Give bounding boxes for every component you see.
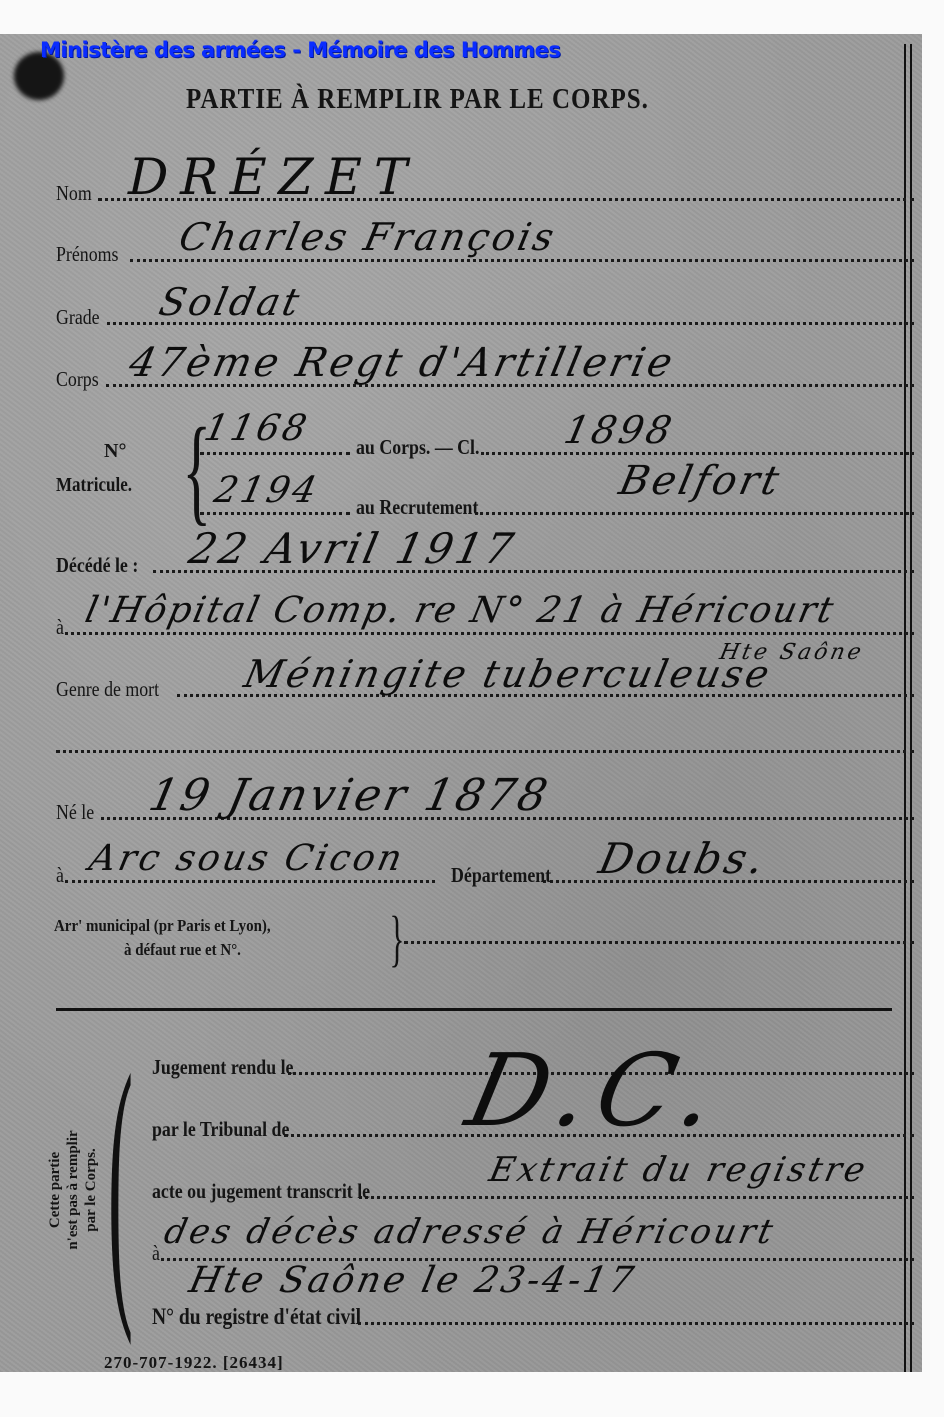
field-value-prenoms: Charles François: [175, 215, 560, 259]
field-label: à: [152, 1241, 160, 1266]
field-value-genre-de-mort: Méningite tuberculeuse: [240, 652, 776, 696]
field-value-recrutement-lieu: Belfort: [615, 458, 786, 504]
field-registre: N° du registre d'état civil: [152, 1300, 914, 1330]
form-footer: 270-707-1922. [26434]: [104, 1353, 284, 1373]
field-value-tribunal: D.C.: [458, 1032, 736, 1149]
field-label-departement: Département: [451, 863, 551, 888]
field-value-corps: 47ème Regt d'Artillerie: [125, 340, 679, 386]
field-label: au Recrutement: [356, 495, 478, 520]
matricule-label: Matricule.: [56, 474, 132, 497]
side-note: Cette partie n'est pas à remplir par le …: [46, 1060, 100, 1320]
field-label: Jugement rendu le: [152, 1055, 293, 1080]
field-label: Corps: [56, 367, 99, 392]
brace: }: [389, 908, 404, 970]
field-label: N° du registre d'état civil: [152, 1304, 361, 1330]
field-label: Décédé le :: [56, 553, 138, 578]
blank-line: [56, 728, 914, 758]
field-label: Nom: [56, 181, 92, 206]
field-value-transcrit-a: des décès adressé à Héricourt: [161, 1212, 779, 1252]
field-label: à: [56, 615, 64, 640]
form-title: PARTIE À REMPLIR PAR LE CORPS.: [186, 84, 649, 116]
field-value-transcrit-a-2: Hte Saône le 23-4-17: [186, 1260, 640, 1301]
side-note-line: Cette partie: [46, 1060, 64, 1320]
side-note-line: par le Corps.: [82, 1060, 100, 1320]
field-value-genre-extra: Hte Saône: [717, 640, 866, 665]
field-label: par le Tribunal de: [152, 1117, 289, 1142]
field-value-transcrit: Extrait du registre: [486, 1150, 872, 1190]
field-value-arrondissement: [404, 935, 914, 944]
brace: (: [108, 1030, 133, 1330]
field-label-arrondissement-2: à défaut rue et N°.: [124, 940, 241, 960]
field-label: Grade: [56, 305, 100, 330]
field-label: Né le: [56, 800, 94, 825]
field-value-ne-le: 19 Janvier 1878: [145, 770, 555, 821]
field-label: Genre de mort: [56, 677, 159, 702]
section-divider: [56, 1008, 892, 1011]
watermark: Ministère des armées - Mémoire des Homme…: [40, 38, 560, 62]
field-value-departement: Doubs.: [595, 834, 771, 883]
field-label: acte ou jugement transcrit le: [152, 1179, 370, 1204]
side-note-line: n'est pas à remplir: [64, 1060, 82, 1320]
field-value-classe: 1898: [560, 408, 678, 452]
field-value-matricule-recrutement: 2194: [211, 470, 323, 511]
field-value-grade: Soldat: [155, 280, 306, 324]
field-label: Prénoms: [56, 242, 118, 267]
field-value-matricule-corps: 1168: [201, 408, 313, 449]
matricule-label-no: N°: [104, 440, 126, 463]
field-label: au Corps. — Cl.: [356, 435, 479, 460]
field-label-arrondissement: Arr' municipal (pr Paris et Lyon),: [54, 916, 271, 936]
field-label: à: [56, 863, 64, 888]
field-value-ne-a: Arc sous Cicon: [86, 838, 409, 879]
field-value-decede-a: l'Hôpital Comp. re N° 21 à Héricourt: [82, 590, 839, 631]
field-value-nom: DRÉZET: [122, 148, 425, 206]
field-value-decede-le: 22 Avril 1917: [185, 524, 521, 573]
